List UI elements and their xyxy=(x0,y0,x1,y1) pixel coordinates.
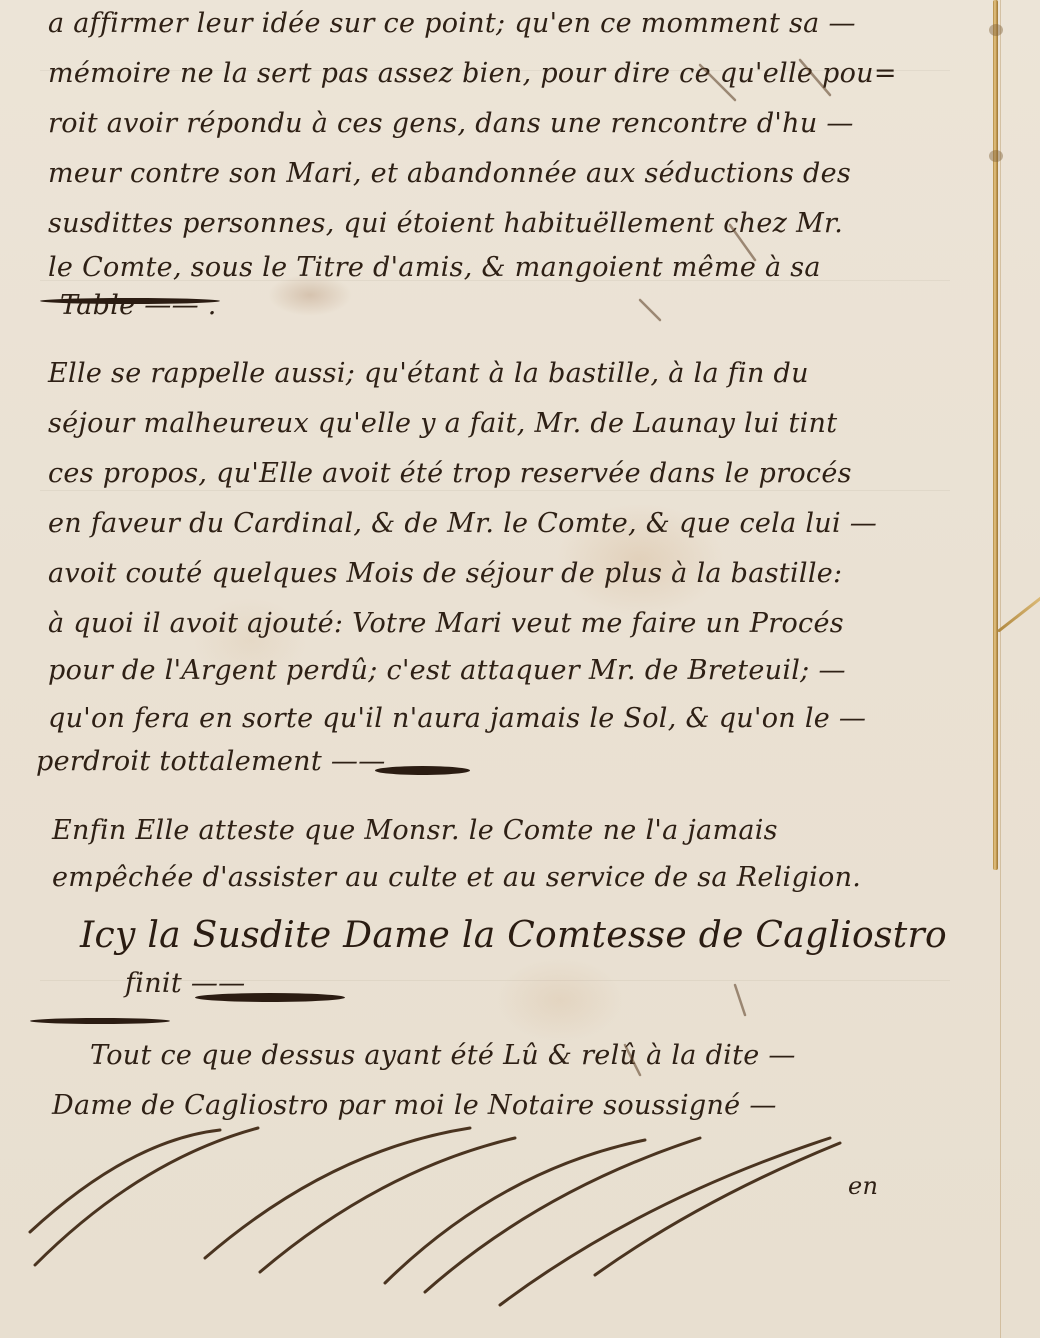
text-line: mémoire ne la sert pas assez bien, pour … xyxy=(48,58,897,89)
text-line: Dame de Cagliostro par moi le Notaire so… xyxy=(52,1090,777,1121)
text-line: avoit couté quelques Mois de séjour de p… xyxy=(48,558,842,589)
text-line: susdittes personnes, qui étoient habituë… xyxy=(48,208,843,239)
text-line: qu'on fera en sorte qu'il n'aura jamais … xyxy=(48,703,866,734)
text-line: meur contre son Mari, et abandonnée aux … xyxy=(48,158,851,189)
text-line: empêchée d'assister au culte et au servi… xyxy=(52,862,861,893)
text-line: roit avoir répondu à ces gens, dans une … xyxy=(48,108,854,139)
text-line: ces propos, qu'Elle avoit été trop reser… xyxy=(48,458,852,489)
text-line: à quoi il avoit ajouté: Votre Mari veut … xyxy=(48,608,844,639)
text-line: en faveur du Cardinal, & de Mr. le Comte… xyxy=(48,508,877,539)
manuscript-text: a affirmer leur idée sur ce point; qu'en… xyxy=(0,0,1040,1338)
ink-flourish xyxy=(375,766,470,775)
ink-flourish xyxy=(40,298,220,304)
text-line: Table —— . xyxy=(60,290,217,321)
text-line: Enfin Elle atteste que Monsr. le Comte n… xyxy=(52,815,778,846)
text-line: pour de l'Argent perdû; c'est attaquer M… xyxy=(48,655,846,686)
text-line: le Comte, sous le Titre d'amis, & mangoi… xyxy=(48,252,821,283)
text-line: Tout ce que dessus ayant été Lû & relû à… xyxy=(90,1040,796,1071)
text-line: a affirmer leur idée sur ce point; qu'en… xyxy=(48,8,856,39)
text-line: perdroit tottalement —— . xyxy=(36,746,403,777)
text-line: séjour malheureux qu'elle y a fait, Mr. … xyxy=(48,408,837,439)
ink-flourish xyxy=(195,993,345,1002)
catchword: en xyxy=(848,1172,878,1200)
text-line: Elle se rappelle aussi; qu'étant à la ba… xyxy=(48,358,809,389)
closing-line: Icy la Susdite Dame la Comtesse de Cagli… xyxy=(80,915,947,956)
ink-flourish xyxy=(30,1018,170,1024)
